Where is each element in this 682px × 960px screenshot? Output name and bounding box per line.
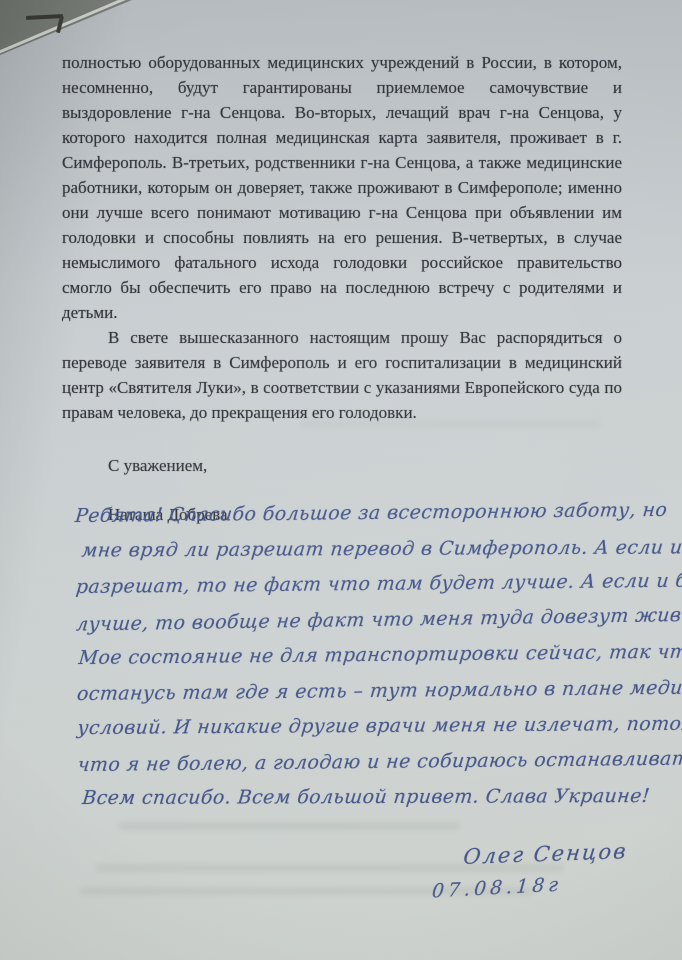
handwritten-line: Мое состояние не для транспортировки сей… (74, 641, 657, 683)
handwritten-line: останусь там где я есть – тут нормально … (75, 676, 658, 718)
handwritten-note: Ребята! Спасибо большое за всестороннюю … (74, 499, 657, 825)
letter-photo: полностью оборудованных медицинских учре… (0, 0, 682, 960)
handwritten-line: что я не болею, а голодаю и не собираюсь… (75, 747, 658, 789)
handwritten-line: Ребята! Спасибо большое за всестороннюю … (73, 499, 656, 541)
typed-letter-body: полностью оборудованных медицинских учре… (62, 50, 622, 527)
dark-corner-mark (26, 14, 63, 20)
typed-paragraph-1: полностью оборудованных медицинских учре… (62, 50, 622, 325)
handwritten-line: мне вряд ли разрешат перевод в Симферопо… (73, 536, 656, 575)
closing-line: С уважением, (62, 453, 622, 478)
handwritten-line: условий. И никакие другие врачи меня не … (75, 713, 658, 753)
handwritten-line: Всем спасибо. Всем большой привет. Слава… (76, 785, 659, 823)
typed-paragraph-2: В свете вышесказанного настоящим прошу В… (62, 325, 622, 425)
bleedthrough-text (118, 822, 460, 830)
